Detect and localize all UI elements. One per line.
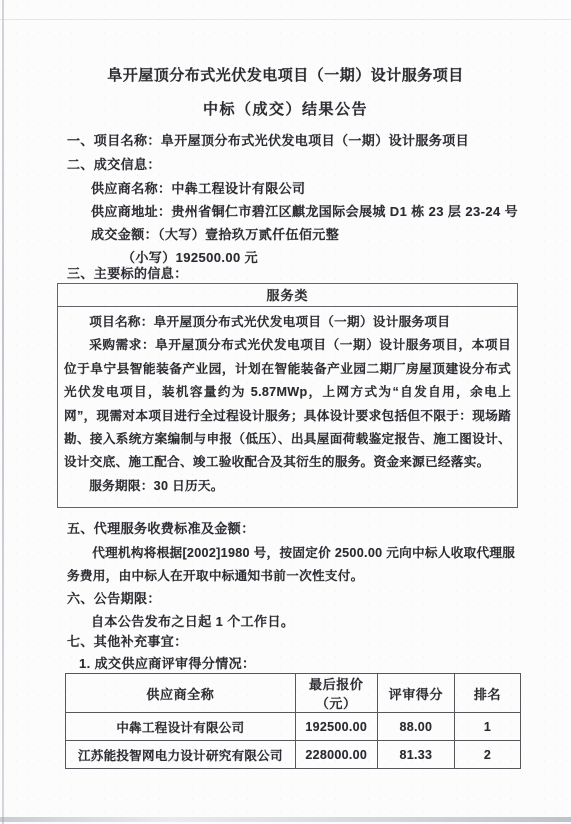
score-table-header-row: 供应商全称 最后报价（元） 评审得分 排名 bbox=[66, 674, 521, 713]
document-subtitle: 中标（成交）结果公告 bbox=[0, 98, 571, 119]
cell-supplier-name: 中犇工程设计有限公司 bbox=[66, 713, 296, 741]
section-5-heading: 五、代理服务收费标准及金额： bbox=[67, 518, 255, 537]
scan-artifact-left-line bbox=[2, 0, 4, 824]
scan-artifact-top-line bbox=[0, 19, 571, 20]
section-1-project-name: 一、项目名称：阜开屋顶分布式光伏发电项目（一期）设计服务项目 bbox=[67, 130, 469, 149]
scanned-announcement-page: 阜开屋顶分布式光伏发电项目（一期）设计服务项目 中标（成交）结果公告 一、项目名… bbox=[0, 0, 571, 824]
cell-rank: 1 bbox=[455, 713, 521, 741]
section-6-body: 自本公告发布之日起 1 个工作日。 bbox=[91, 611, 294, 630]
service-category-header: 服务类 bbox=[58, 284, 517, 307]
table-row: 中犇工程设计有限公司 192500.00 88.00 1 bbox=[66, 713, 521, 741]
col-header-final-price: 最后报价（元） bbox=[295, 674, 377, 713]
section-6-heading: 六、公告期限： bbox=[67, 588, 161, 607]
table-row: 江苏能投智网电力设计研究有限公司 228000.00 81.33 2 bbox=[66, 741, 521, 769]
service-period-line: 服务期限：30 日历天。 bbox=[64, 475, 511, 498]
scan-artifact-bottom-band bbox=[0, 817, 571, 822]
col-header-review-score: 评审得分 bbox=[377, 674, 454, 713]
supplier-name-line: 供应商名称：中犇工程设计有限公司 bbox=[91, 178, 305, 197]
procurement-demand-paragraph: 采购需求：阜开屋顶分布式光伏发电项目（一期）设计服务项目，本项目位于阜宁县智能装… bbox=[64, 334, 511, 474]
cell-review-score: 88.00 bbox=[377, 713, 454, 741]
service-info-body: 项目名称：阜开屋顶分布式光伏发电项目（一期）设计服务项目 采购需求：阜开屋顶分布… bbox=[58, 307, 517, 507]
document-title: 阜开屋顶分布式光伏发电项目（一期）设计服务项目 bbox=[0, 64, 571, 85]
section-2-heading: 二、成交信息： bbox=[67, 154, 161, 173]
service-info-table: 服务类 项目名称：阜开屋顶分布式光伏发电项目（一期）设计服务项目 采购需求：阜开… bbox=[57, 283, 518, 508]
section-5-body: 代理机构将根据[2002]1980 号，按固定价 2500.00 元向中标人收取… bbox=[67, 542, 518, 588]
supplier-address-line: 供应商地址：贵州省铜仁市碧江区麒龙国际会展城 D1 栋 23 层 23-24 号 bbox=[91, 201, 518, 220]
deal-amount-capital-line: 成交金额：（大写）壹拾玖万贰仟伍佰元整 bbox=[91, 224, 339, 243]
cell-final-price: 228000.00 bbox=[295, 741, 377, 769]
section-3-heading: 三、主要标的信息： bbox=[67, 263, 188, 282]
col-header-supplier-name: 供应商全称 bbox=[66, 674, 296, 713]
cell-review-score: 81.33 bbox=[377, 741, 454, 769]
supplier-score-table: 供应商全称 最后报价（元） 评审得分 排名 中犇工程设计有限公司 192500.… bbox=[65, 673, 521, 769]
cell-rank: 2 bbox=[455, 741, 521, 769]
cell-supplier-name: 江苏能投智网电力设计研究有限公司 bbox=[66, 741, 296, 769]
cell-final-price: 192500.00 bbox=[295, 713, 377, 741]
section-7-heading: 七、其他补充事宜： bbox=[67, 631, 188, 650]
col-header-rank: 排名 bbox=[455, 674, 521, 713]
service-project-name: 项目名称：阜开屋顶分布式光伏发电项目（一期）设计服务项目 bbox=[64, 311, 511, 334]
score-table-caption: 1. 成交供应商评审得分情况： bbox=[79, 653, 255, 672]
